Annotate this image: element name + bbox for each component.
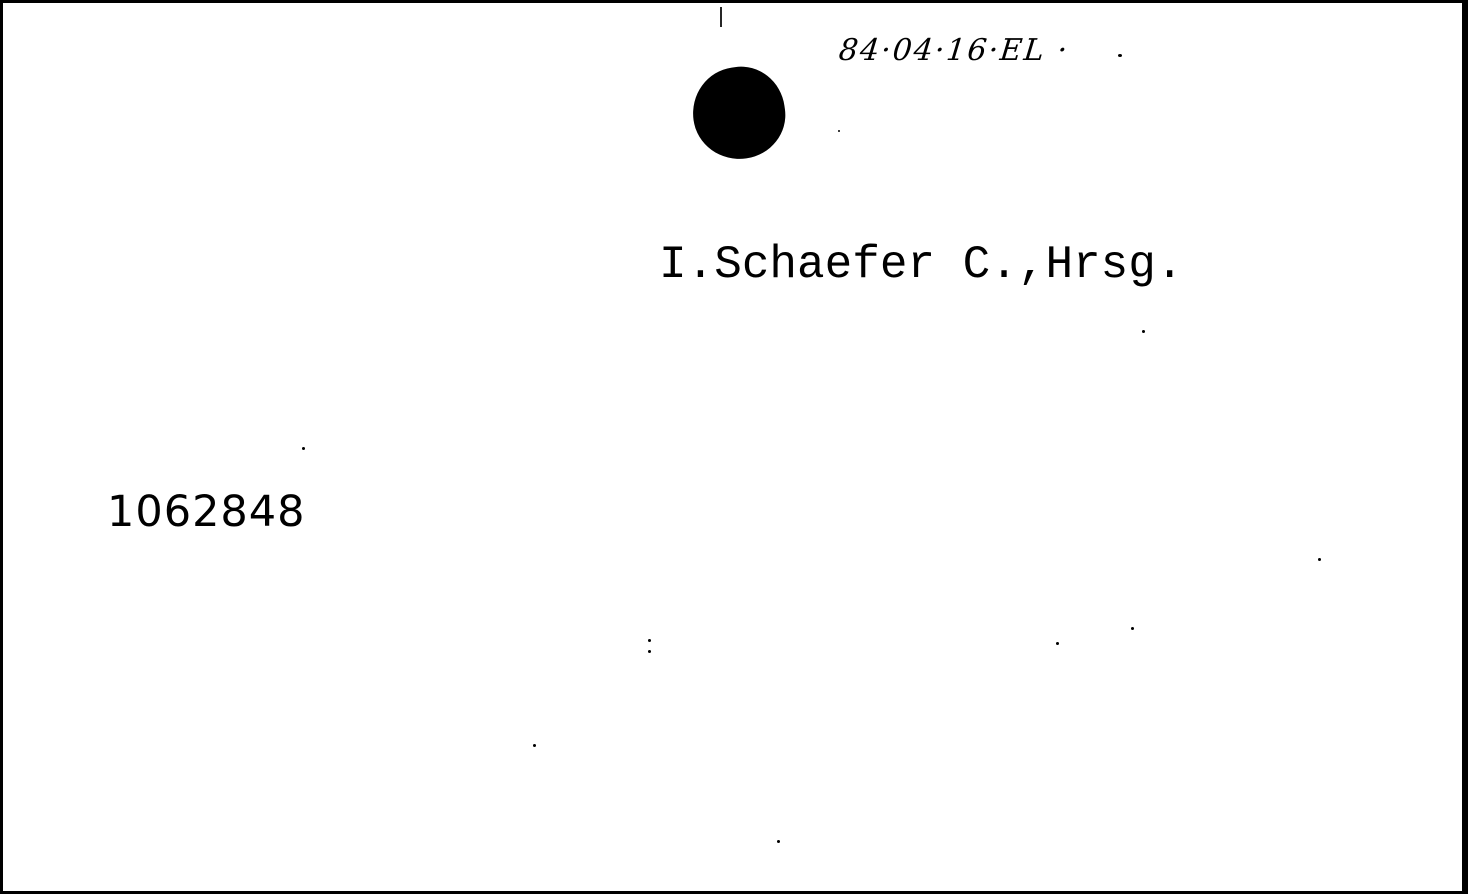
catalog-card: 84·04·16·EL · I.Schaefer C.,Hrsg. 106284… (0, 0, 1468, 894)
scan-speck (648, 650, 651, 653)
scan-speck (838, 130, 840, 132)
scan-speck (648, 639, 651, 642)
scan-speck (533, 744, 536, 747)
scan-speck (777, 840, 780, 843)
author-heading: I.Schaefer C.,Hrsg. (659, 239, 1184, 291)
scan-speck (1118, 54, 1122, 57)
handwritten-date: 84·04·16·EL · (837, 33, 1071, 68)
scan-speck (1318, 558, 1321, 561)
scan-speck (1142, 330, 1145, 333)
scan-speck (1131, 627, 1134, 630)
scan-speck (302, 447, 305, 450)
scan-scratch-mark (720, 7, 722, 27)
scan-speck (1056, 642, 1059, 645)
punch-hole (687, 61, 791, 165)
catalog-number: 1062848 (107, 487, 306, 537)
